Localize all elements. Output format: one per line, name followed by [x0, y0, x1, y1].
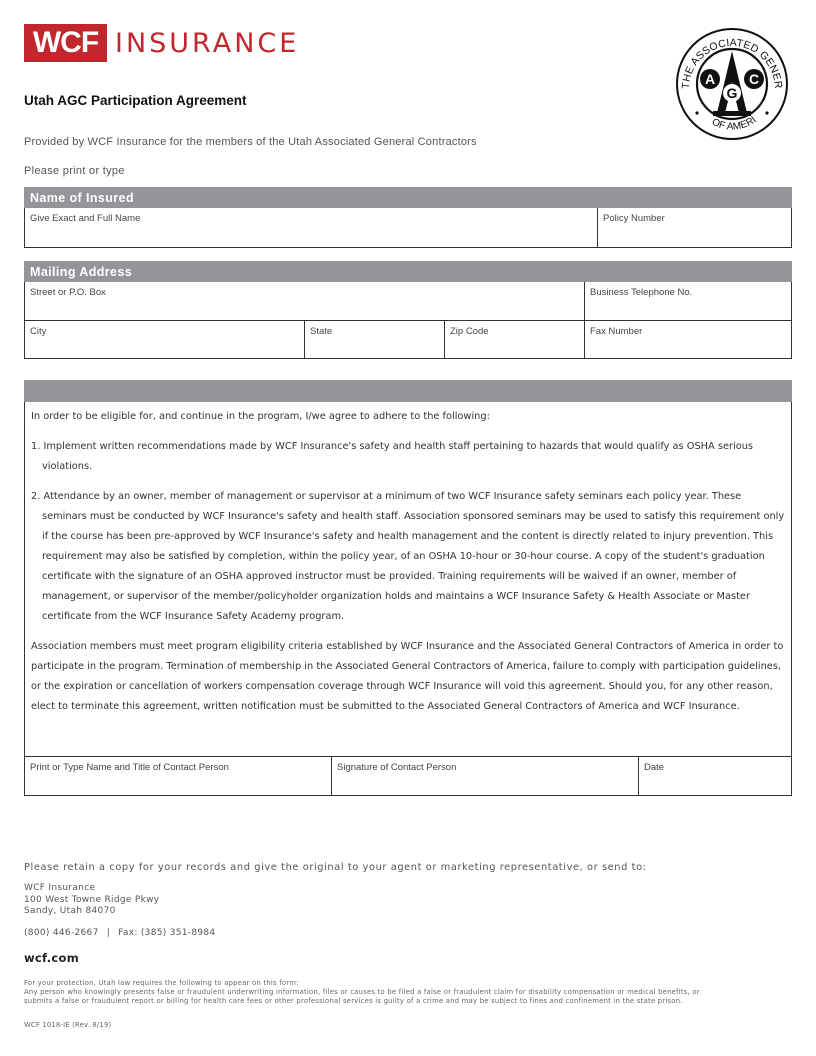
city-label: City — [30, 326, 46, 337]
address-line: Sandy, Utah 84070 — [24, 906, 159, 918]
document-title: Utah AGC Participation Agreement — [24, 93, 247, 108]
wcf-logo: WCF INSURANCE — [24, 24, 299, 62]
signature-row: Print or Type Name and Title of Contact … — [25, 756, 791, 795]
state-field[interactable]: State — [305, 321, 445, 358]
form-id: WCF 1018-IE (Rev. 8/19) — [24, 1021, 111, 1029]
policy-number-field[interactable]: Policy Number — [598, 208, 791, 247]
date-label: Date — [644, 762, 664, 773]
agreement-intro: In order to be eligible for, and continu… — [31, 407, 785, 427]
agc-seal-icon: THE ASSOCIATED GENERAL CONTRACTORS OF AM… — [675, 27, 789, 141]
street-field[interactable]: Street or P.O. Box — [25, 282, 585, 320]
legal-notice: For your protection, Utah law requires t… — [24, 979, 700, 1006]
agreement-section: In order to be eligible for, and continu… — [24, 402, 792, 796]
legal-line: submits a false or fraudulent report or … — [24, 997, 700, 1006]
full-name-field[interactable]: Give Exact and Full Name — [25, 208, 598, 247]
fax-number: Fax: (385) 351-8984 — [118, 928, 215, 938]
street-label: Street or P.O. Box — [30, 287, 106, 298]
provided-by-text: Provided by WCF Insurance for the member… — [24, 136, 477, 148]
full-name-label: Give Exact and Full Name — [30, 213, 140, 224]
separator: | — [107, 928, 110, 938]
business-telephone-field[interactable]: Business Telephone No. — [585, 282, 791, 320]
address-line: WCF Insurance — [24, 883, 159, 895]
mailing-address-section: Street or P.O. Box Business Telephone No… — [24, 282, 792, 359]
agreement-heading-bar — [24, 380, 792, 402]
state-label: State — [310, 326, 332, 337]
date-field[interactable]: Date — [639, 757, 791, 795]
agreement-closing: Association members must meet program el… — [31, 637, 785, 717]
seal-letter-a: A — [705, 71, 715, 87]
policy-number-label: Policy Number — [603, 213, 665, 224]
contact-name-title-label: Print or Type Name and Title of Contact … — [30, 762, 229, 773]
mailing-address-heading: Mailing Address — [24, 261, 792, 282]
zip-code-label: Zip Code — [450, 326, 489, 337]
city-field[interactable]: City — [25, 321, 305, 358]
seal-letter-g: G — [727, 85, 738, 101]
seal-letter-c: C — [749, 71, 759, 87]
business-telephone-label: Business Telephone No. — [590, 287, 692, 298]
contact-numbers: (800) 446-2667 | Fax: (385) 351-8984 — [24, 928, 215, 938]
contact-signature-field[interactable]: Signature of Contact Person — [332, 757, 639, 795]
zip-code-field[interactable]: Zip Code — [445, 321, 585, 358]
legal-line: Any person who knowingly presents false … — [24, 988, 700, 997]
retain-note: Please retain a copy for your records an… — [24, 862, 647, 873]
name-of-insured-section: Give Exact and Full Name Policy Number — [24, 208, 792, 248]
phone-number: (800) 446-2667 — [24, 928, 99, 938]
agreement-item-2: 2. Attendance by an owner, member of man… — [31, 487, 785, 627]
legal-intro: For your protection, Utah law requires t… — [24, 979, 700, 988]
logo-wordmark: INSURANCE — [115, 28, 299, 59]
contact-name-title-field[interactable]: Print or Type Name and Title of Contact … — [25, 757, 332, 795]
address-line: 100 West Towne Ridge Pkwy — [24, 895, 159, 907]
mailing-address-block: WCF Insurance 100 West Towne Ridge Pkwy … — [24, 883, 159, 918]
instruction-text: Please print or type — [24, 165, 125, 177]
fax-number-label: Fax Number — [590, 326, 642, 337]
name-of-insured-heading: Name of Insured — [24, 187, 792, 208]
logo-mark: WCF — [24, 24, 107, 62]
contact-signature-label: Signature of Contact Person — [337, 762, 456, 773]
agreement-item-1: 1. Implement written recommendations mad… — [31, 437, 785, 477]
website-link[interactable]: wcf.com — [24, 951, 79, 965]
fax-number-field[interactable]: Fax Number — [585, 321, 791, 358]
